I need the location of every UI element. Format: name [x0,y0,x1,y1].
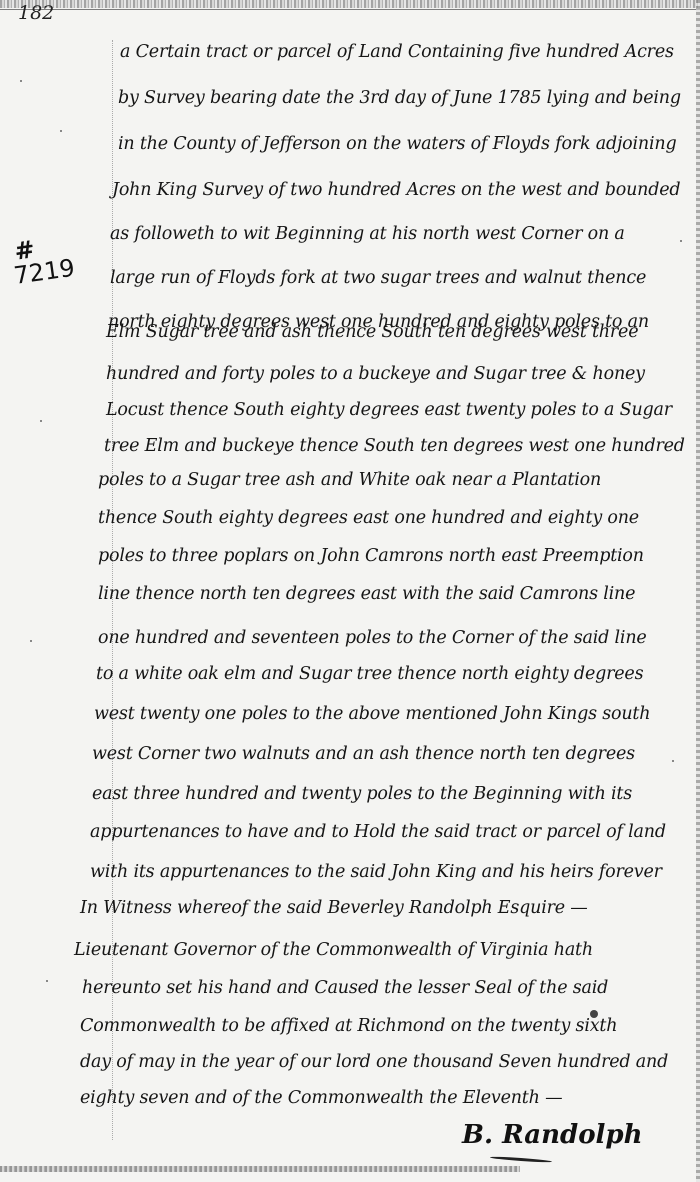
ink-blot [590,1010,598,1018]
text-line: one hundred and seventeen poles to the C… [98,628,647,648]
text-line: In Witness whereof the said Beverley Ran… [80,898,588,918]
scan-speck [20,80,22,82]
text-line: to a white oak elm and Sugar tree thence… [96,664,643,684]
signature: B. Randolph [462,1120,643,1150]
scan-speck [30,640,32,642]
text-line: appurtenances to have and to Hold the sa… [90,822,666,842]
text-line: eighty seven and of the Commonwealth the… [80,1088,562,1108]
scan-bottom-edge [0,1166,520,1172]
text-line: Commonwealth to be affixed at Richmond o… [80,1016,617,1036]
text-line: east three hundred and twenty poles to t… [92,784,632,804]
page-number: 182 [18,2,54,24]
text-line: hundred and forty poles to a buckeye and… [106,364,645,384]
text-line: large run of Floyds fork at two sugar tr… [110,268,646,288]
scan-right-edge [696,0,700,1182]
text-line: a Certain tract or parcel of Land Contai… [120,42,674,62]
text-line: poles to a Sugar tree ash and White oak … [98,470,601,490]
text-line: Lieutenant Governor of the Commonwealth … [74,940,593,960]
text-line: line thence north ten degrees east with … [98,584,635,604]
scan-speck [680,240,682,242]
scan-speck [40,420,42,422]
text-line: poles to three poplars on John Camrons n… [98,546,644,566]
scan-speck [46,980,48,982]
text-line: hereunto set his hand and Caused the les… [82,978,608,998]
text-line: west Corner two walnuts and an ash thenc… [92,744,635,764]
record-number-value: 7219 [12,256,76,288]
text-line: with its appurtenances to the said John … [90,862,662,882]
scan-speck [672,760,674,762]
signature-flourish [490,1156,552,1163]
text-line: Elm Sugar tree and ash thence South ten … [106,322,638,342]
text-line: tree Elm and buckeye thence South ten de… [104,436,685,456]
text-line: day of may in the year of our lord one t… [80,1052,668,1072]
text-line: west twenty one poles to the above menti… [94,704,650,724]
scan-top-edge [0,0,700,8]
text-line: in the County of Jefferson on the waters… [118,134,676,154]
text-line: by Survey bearing date the 3rd day of Ju… [118,88,681,108]
text-line: as followeth to wit Beginning at his nor… [110,224,625,244]
scan-speck [60,130,62,132]
record-number: # 7219 [9,232,76,288]
text-line: thence South eighty degrees east one hun… [98,508,639,528]
text-line: Locust thence South eighty degrees east … [106,400,672,420]
text-line: John King Survey of two hundred Acres on… [112,180,680,200]
